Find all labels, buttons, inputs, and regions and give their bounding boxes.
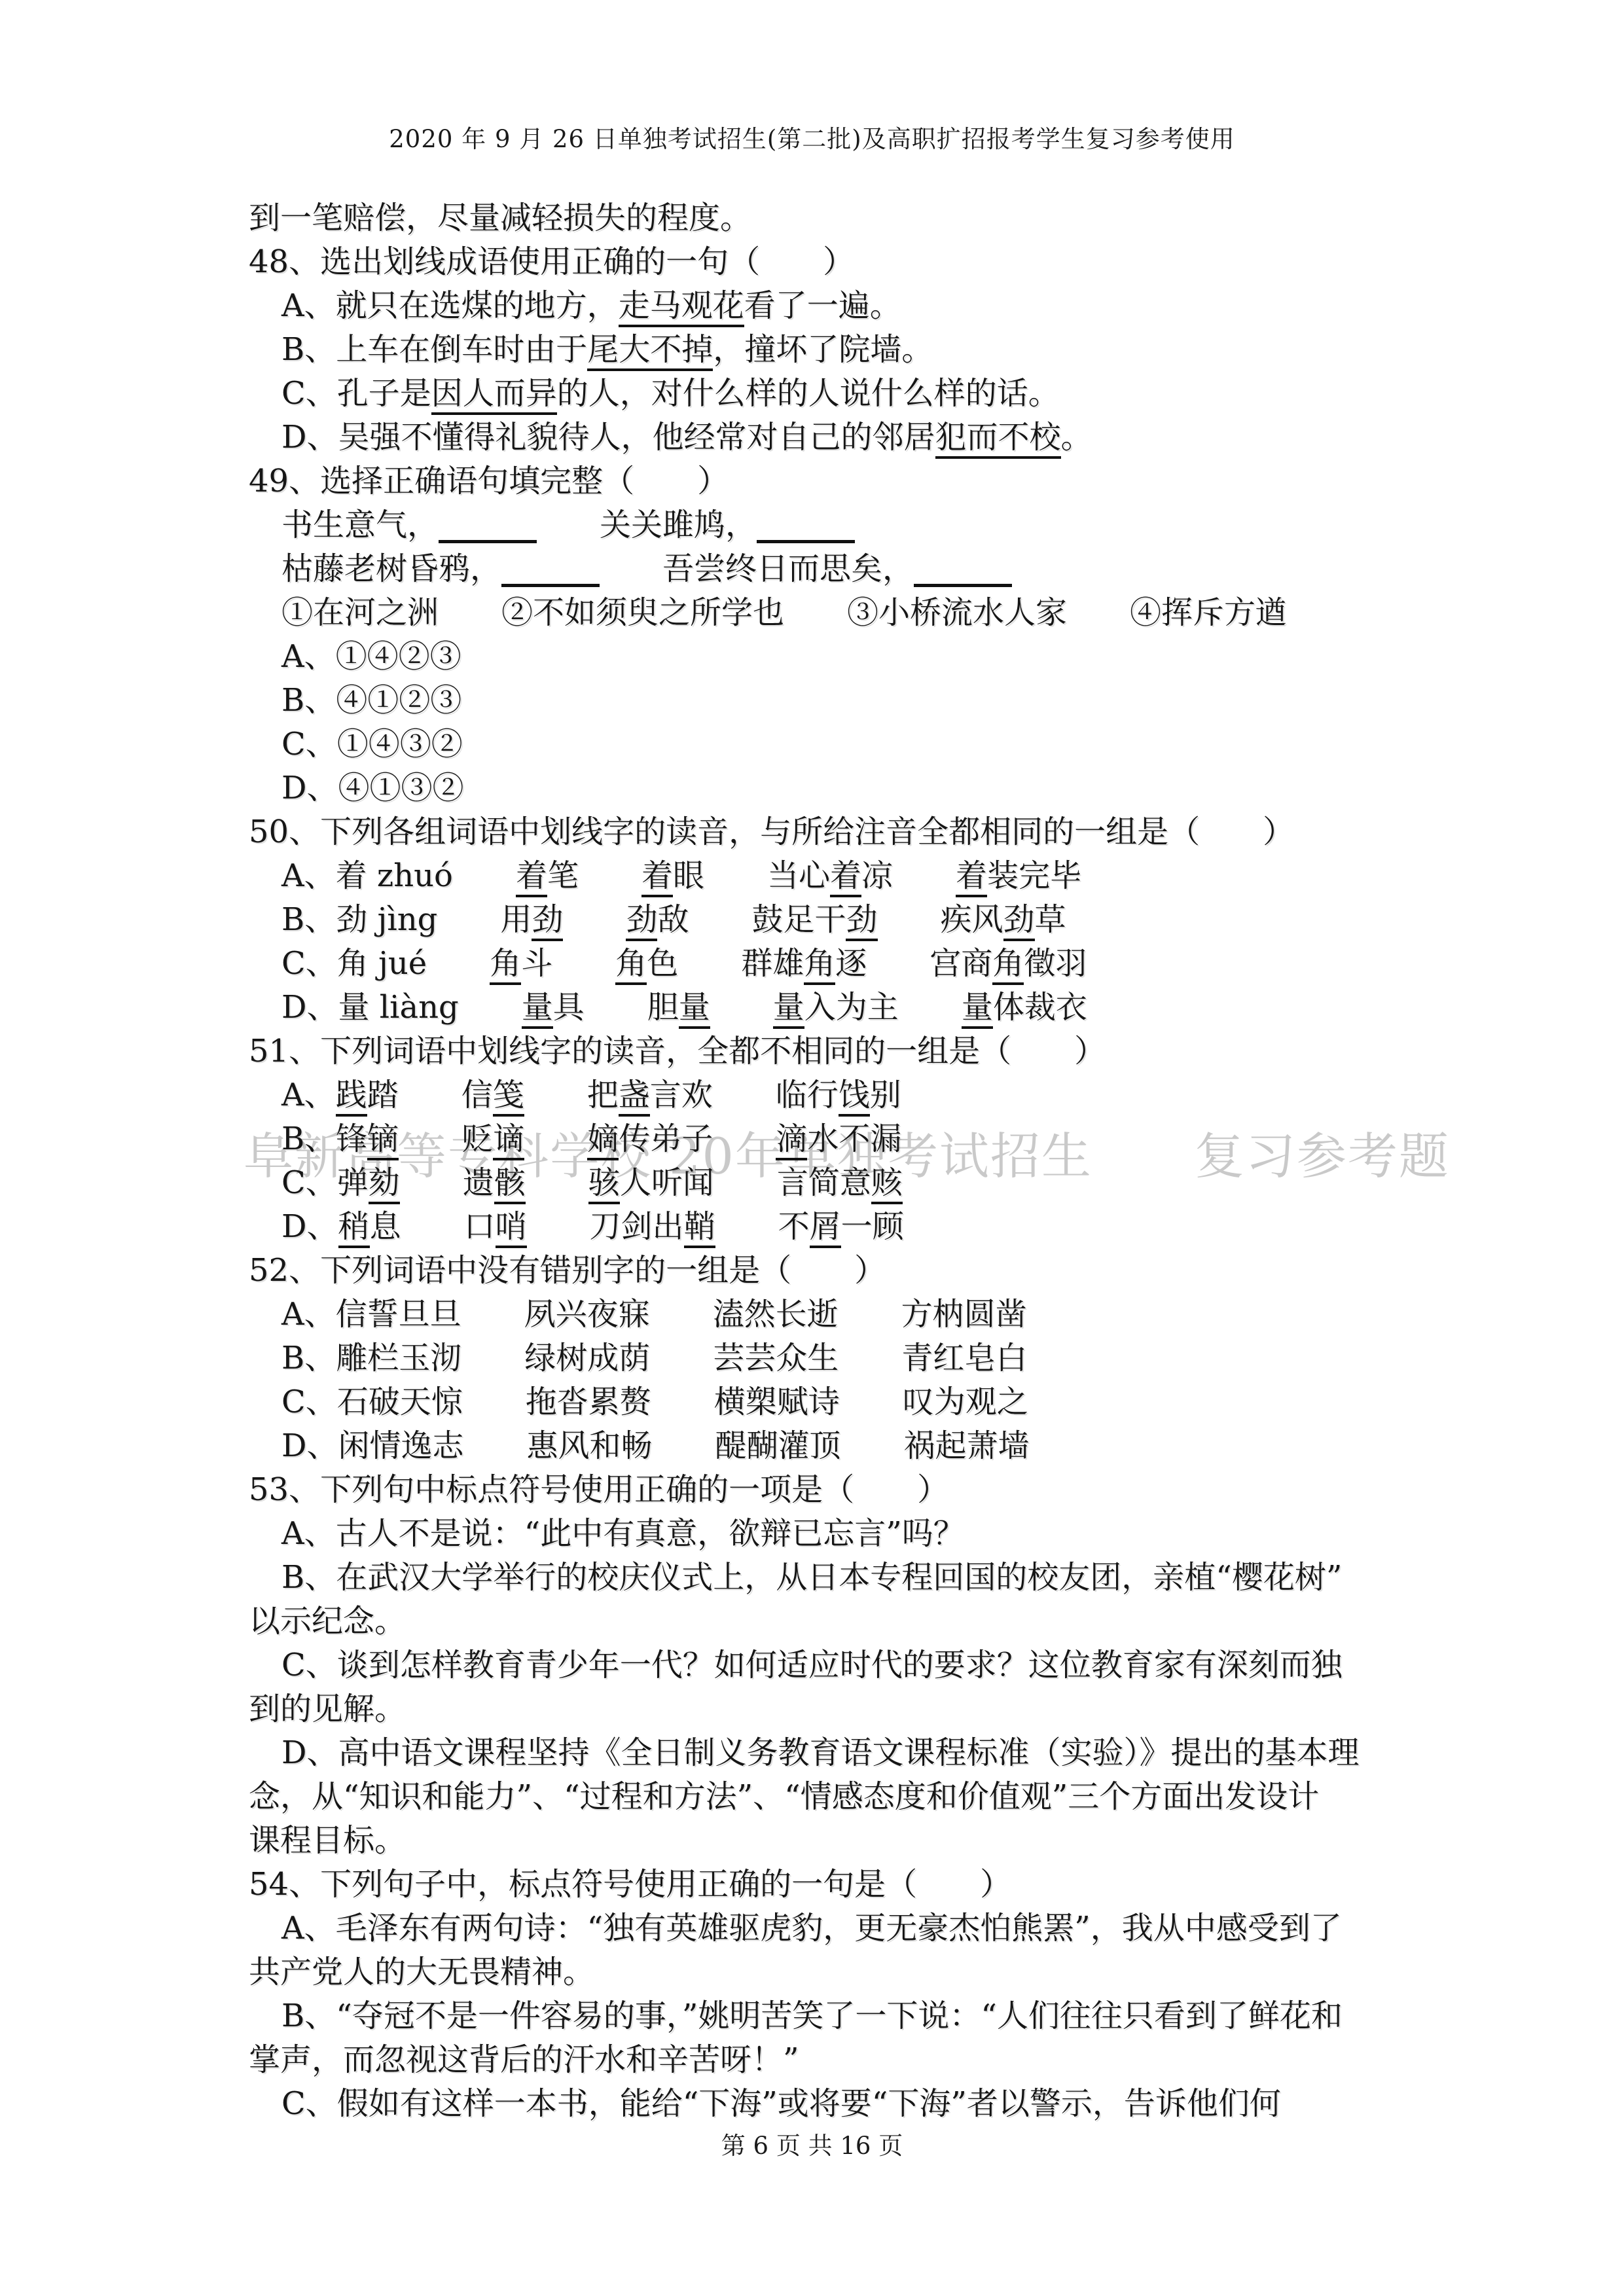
text-segment: 关关雎鸠， (600, 507, 757, 543)
text-segment: B、“夺冠不是一件容易的事，”姚明苦笑了一下说：“人们往往只看到了鲜花和 (281, 1998, 1343, 2034)
underlined-text: 因人而异 (431, 375, 557, 415)
text-segment (563, 901, 626, 938)
q54-option-b-line2: 掌声，而忽视这背后的汗水和辛苦呀！” (249, 2038, 1427, 2082)
text-segment: 息 口 (370, 1208, 496, 1245)
underlined-text: 着 (641, 857, 673, 897)
underlined-text: 饯 (839, 1077, 870, 1117)
text-segment: 一顾 (841, 1208, 904, 1245)
text-segment: 敌 鼓足干 (657, 901, 846, 938)
text-segment: D、④①③② (281, 770, 464, 806)
text-segment: A、毛泽东有两句诗：“独有英雄驱虎豹，更无豪杰怕熊罴”，我从中感受到了 (281, 1910, 1342, 1946)
text-segment: C、石破天惊 拖沓累赘 横槊赋诗 叹为观之 (281, 1384, 1028, 1420)
underlined-text: 鞘 (684, 1208, 715, 1248)
text-segment: 课程目标。 (249, 1822, 406, 1859)
q50-option-a: A、着 zhuó 着笔 着眼 当心着凉 着装完毕 (281, 854, 1427, 898)
q52-option-b: B、雕栏玉沏 绿树成荫 芸芸众生 青红皂白 (281, 1336, 1427, 1380)
text-segment: 54、下列句子中，标点符号使用正确的一句是（ ） (249, 1866, 1011, 1903)
q51-option-b: B、锋镝 贬谪 嫡传弟子 滴水不漏 (281, 1117, 1427, 1161)
q49-option-d: D、④①③② (281, 766, 1427, 810)
text-segment: 遗 (400, 1164, 494, 1201)
underlined-text: 角 (615, 945, 647, 985)
q53-option-c-line1: C、谈到怎样教育青少年一代？如何适应时代的要求？这位教育家有深刻而独 (281, 1643, 1427, 1687)
underlined-text: 骇 (588, 1164, 620, 1204)
answer-blank (757, 517, 855, 543)
text-segment: 掌声，而忽视这背后的汗水和辛苦呀！” (249, 2041, 799, 2078)
text-segment: 到一笔赔偿，尽量减轻损失的程度。 (249, 200, 751, 236)
q53-option-b-line1: B、在武汉大学举行的校庆仪式上，从日本专程回国的校友团，亲植“樱花树” (281, 1556, 1427, 1600)
text-segment: 念，从“知识和能力”、“过程和方法”、“情感态度和价值观”三个方面出发设计 (249, 1778, 1319, 1815)
q52-stem: 52、下列词语中没有错别字的一组是（ ） (249, 1249, 1427, 1293)
text-segment: 人听闻 言简意 (620, 1164, 871, 1201)
text-segment: 徵羽 (1024, 945, 1087, 982)
text-segment: 把 (524, 1077, 619, 1113)
page-header: 2020 年 9 月 26 日单独考试招生(第二批)及高职扩招报考学生复习参考使… (0, 119, 1624, 154)
underlined-text: 劲 (532, 901, 563, 941)
answer-blank (501, 561, 600, 587)
text-segment: 不 (715, 1208, 810, 1245)
text-segment: 装完毕 (987, 857, 1081, 894)
q53-stem: 53、下列句中标点符号使用正确的一项是（ ） (249, 1468, 1427, 1512)
underlined-text: 稍 (338, 1208, 370, 1248)
q52-option-d: D、闲情逸志 惠风和畅 醍醐灌顶 祸起萧墙 (281, 1424, 1427, 1468)
q48-option-a: A、就只在选煤的地方，走马观花看了一遍。 (281, 284, 1427, 328)
text-segment: 49、选择正确语句填完整（ ） (249, 463, 729, 499)
underlined-text: 盏 (619, 1077, 650, 1117)
text-segment: 52、下列词语中没有错别字的一组是（ ） (249, 1252, 886, 1289)
text-segment (524, 1121, 587, 1157)
underlined-text: 笺 (493, 1077, 524, 1117)
text-segment: 体裁衣 (993, 989, 1087, 1026)
underlined-text: 践 (336, 1077, 367, 1117)
underlined-text: 犯而不校 (935, 419, 1061, 459)
q54-option-a-line1: A、毛泽东有两句诗：“独有英雄驱虎豹，更无豪杰怕熊罴”，我从中感受到了 (281, 1907, 1427, 1950)
text-segment: 言欢 临行 (650, 1077, 839, 1113)
underlined-text: 劾 (369, 1164, 400, 1204)
text-segment: 吾尝终日而思矣， (662, 550, 914, 587)
q51-option-c: C、弹劾 遗骸 骇人听闻 言简意赅 (281, 1161, 1427, 1205)
q48-stem: 48、选出划线成语使用正确的一句（ ） (249, 240, 1427, 284)
text-segment: 踏 信 (367, 1077, 493, 1113)
q54-option-b-line1: B、“夺冠不是一件容易的事，”姚明苦笑了一下说：“人们往往只看到了鲜花和 (281, 1994, 1427, 2038)
q49-option-c: C、①④③② (281, 723, 1427, 766)
text-segment: B、④①②③ (281, 682, 461, 719)
text-segment: 的人，对什么样的人说什么样的话。 (557, 375, 1060, 412)
text-segment: 53、下列句中标点符号使用正确的一项是（ ） (249, 1471, 948, 1508)
document-body: 到一笔赔偿，尽量减轻损失的程度。48、选出划线成语使用正确的一句（ ）A、就只在… (249, 196, 1427, 2126)
q49-stem: 49、选择正确语句填完整（ ） (249, 459, 1427, 503)
text-segment: 以示纪念。 (249, 1603, 406, 1640)
text-segment: 枯藤老树昏鸦， (281, 550, 501, 587)
text-segment: 入为主 (804, 989, 962, 1026)
underlined-text: 劲 (626, 901, 657, 941)
text-segment: 书生意气， (281, 507, 439, 543)
text-segment: C、假如有这样一本书，能给“下海”或将要“下海”者以警示，告诉他们何 (281, 2085, 1281, 2122)
text-segment: 共产党人的大无畏精神。 (249, 1954, 594, 1990)
underlined-text: 镝 (367, 1121, 399, 1160)
q53-option-d-line1: D、高中语文课程坚持《全日制义务教育语文课程标准（实验）》提出的基本理 (281, 1731, 1427, 1775)
q52-option-c: C、石破天惊 拖沓累赘 横槊赋诗 叹为观之 (281, 1380, 1427, 1424)
text-segment: 传弟子 (619, 1121, 776, 1157)
q49-option-b: B、④①②③ (281, 679, 1427, 723)
text-segment (600, 550, 662, 587)
text-segment: 看了一遍。 (744, 287, 901, 324)
text-segment: 到的见解。 (249, 1691, 406, 1727)
text-segment: 凉 (861, 857, 956, 894)
text-segment: A、 (281, 1077, 336, 1113)
underlined-text: 劲 (1003, 901, 1035, 941)
underlined-text: 着 (516, 857, 547, 897)
text-segment (526, 1164, 588, 1201)
q50-stem: 50、下列各组词语中划线字的读音，与所给注音全都相同的一组是（ ） (249, 810, 1427, 854)
text-segment: 斗 (521, 945, 615, 982)
text-segment: D、吴强不懂得礼貌待人，他经常对自己的邻居 (281, 419, 935, 456)
text-segment: ①在河之洲 ②不如须臾之所学也 ③小桥流水人家 ④挥斥方遒 (281, 594, 1287, 631)
underlined-text: 量 (679, 989, 710, 1029)
answer-blank (439, 517, 537, 543)
text-segment: A、古人不是说：“此中有真意，欲辩已忘言”吗？ (281, 1515, 965, 1552)
text-segment: 别 (870, 1077, 901, 1113)
underlined-text: 屑 (810, 1208, 841, 1248)
q51-option-d: D、稍息 口哨 刀剑出鞘 不屑一顾 (281, 1205, 1427, 1249)
carryover-paragraph: 到一笔赔偿，尽量减轻损失的程度。 (249, 196, 1427, 240)
underlined-text: 量 (962, 989, 993, 1029)
text-segment: C、弹 (281, 1164, 369, 1201)
q51-stem: 51、下列词语中划线字的读音，全都不相同的一组是（ ） (249, 1030, 1427, 1073)
q50-option-b: B、劲 jìng 用劲 劲敌 鼓足干劲 疾风劲草 (281, 898, 1427, 942)
q48-option-b: B、上车在倒车时由于尾大不掉，撞坏了院墙。 (281, 328, 1427, 372)
q50-option-d: D、量 liàng 量具 胆量 量入为主 量体裁衣 (281, 986, 1427, 1030)
text-segment: 逐 宫商 (835, 945, 992, 982)
q54-option-a-line2: 共产党人的大无畏精神。 (249, 1950, 1427, 1994)
underlined-text: 量 (773, 989, 804, 1029)
text-segment: 贬 (399, 1121, 493, 1157)
answer-blank (914, 561, 1012, 587)
text-segment: D、高中语文课程坚持《全日制义务教育语文课程标准（实验）》提出的基本理 (281, 1734, 1360, 1771)
text-segment: 具 胆 (553, 989, 679, 1026)
text-segment: 48、选出划线成语使用正确的一句（ ） (249, 243, 854, 280)
q53-option-d-line3: 课程目标。 (249, 1819, 1427, 1863)
text-segment: 刀剑出 (527, 1208, 684, 1245)
text-segment: A、信誓旦旦 夙兴夜寐 溘然长逝 方枘圆凿 (281, 1296, 1027, 1333)
text-segment: A、就只在选煤的地方， (281, 287, 619, 324)
underlined-text: 尾大不掉 (587, 331, 713, 371)
text-segment: B、在武汉大学举行的校庆仪式上，从日本专程回国的校友团，亲植“樱花树” (281, 1559, 1342, 1596)
text-segment: C、角 jué (281, 945, 490, 982)
text-segment: C、①④③② (281, 726, 463, 762)
text-segment: 草 (1035, 901, 1066, 938)
text-segment: 。 (1061, 419, 1092, 456)
underlined-text: 角 (804, 945, 835, 985)
underlined-text: 着 (830, 857, 861, 897)
text-segment: B、雕栏玉沏 绿树成荫 芸芸众生 青红皂白 (281, 1340, 1027, 1376)
text-segment: C、孔子是 (281, 375, 431, 412)
exam-document-page: 2020 年 9 月 26 日单独考试招生(第二批)及高职扩招报考学生复习参考使… (0, 0, 1624, 2296)
underlined-text: 嫡 (587, 1121, 619, 1160)
text-segment: D、闲情逸志 惠风和畅 醍醐灌顶 祸起萧墙 (281, 1427, 1030, 1464)
underlined-text: 劲 (846, 901, 877, 941)
q53-option-c-line2: 到的见解。 (249, 1687, 1427, 1731)
text-segment: ，撞坏了院墙。 (713, 331, 933, 368)
q48-option-d: D、吴强不懂得礼貌待人，他经常对自己的邻居犯而不校。 (281, 416, 1427, 459)
text-segment: 水不漏 (807, 1121, 901, 1157)
text-segment: 51、下列词语中划线字的读音，全都不相同的一组是（ ） (249, 1033, 1106, 1069)
q54-option-c-line1: C、假如有这样一本书，能给“下海”或将要“下海”者以警示，告诉他们何 (281, 2082, 1427, 2126)
q50-option-c: C、角 jué 角斗 角色 群雄角逐 宫商角徵羽 (281, 942, 1427, 986)
q54-stem: 54、下列句子中，标点符号使用正确的一句是（ ） (249, 1863, 1427, 1907)
text-segment: A、着 zhuó (281, 857, 516, 894)
q52-option-a: A、信誓旦旦 夙兴夜寐 溘然长逝 方枘圆凿 (281, 1293, 1427, 1336)
underlined-text: 赅 (871, 1164, 903, 1204)
underlined-text: 量 (522, 989, 553, 1029)
text-segment: 笔 (547, 857, 641, 894)
q49-cloze-line1: 书生意气， 关关雎鸠， (281, 503, 1427, 547)
text-segment: 眼 当心 (673, 857, 830, 894)
q51-option-a: A、践踏 信笺 把盏言欢 临行饯别 (281, 1073, 1427, 1117)
q53-option-b-line2: 以示纪念。 (249, 1600, 1427, 1643)
text-segment: D、量 liàng (281, 989, 522, 1026)
page-number-footer: 第 6 页 共 16 页 (0, 2126, 1624, 2161)
text-segment: A、①④②③ (281, 638, 461, 675)
text-segment: 疾风 (878, 901, 1003, 938)
text-segment: B、劲 jìng 用 (281, 901, 532, 938)
underlined-text: 角 (490, 945, 521, 985)
text-segment: B、锋 (281, 1121, 367, 1157)
underlined-text: 走马观花 (619, 287, 744, 327)
q49-option-a: A、①④②③ (281, 635, 1427, 679)
text-segment: 色 群雄 (647, 945, 804, 982)
underlined-text: 谪 (493, 1121, 524, 1160)
text-segment: C、谈到怎样教育青少年一代？如何适应时代的要求？这位教育家有深刻而独 (281, 1647, 1343, 1683)
underlined-text: 滴 (776, 1121, 807, 1160)
text-segment (537, 507, 600, 543)
q49-cloze-line2: 枯藤老树昏鸦， 吾尝终日而思矣， (281, 547, 1427, 591)
text-segment: 50、下列各组词语中划线字的读音，与所给注音全都相同的一组是（ ） (249, 814, 1294, 850)
text-segment (710, 989, 773, 1026)
q49-choices: ①在河之洲 ②不如须臾之所学也 ③小桥流水人家 ④挥斥方遒 (281, 591, 1427, 635)
underlined-text: 角 (992, 945, 1024, 985)
underlined-text: 哨 (496, 1208, 527, 1248)
q48-option-c: C、孔子是因人而异的人，对什么样的人说什么样的话。 (281, 372, 1427, 416)
q53-option-a: A、古人不是说：“此中有真意，欲辩已忘言”吗？ (281, 1512, 1427, 1556)
text-segment: B、上车在倒车时由于 (281, 331, 587, 368)
q53-option-d-line2: 念，从“知识和能力”、“过程和方法”、“情感态度和价值观”三个方面出发设计 (249, 1775, 1427, 1819)
underlined-text: 着 (956, 857, 987, 897)
underlined-text: 骸 (494, 1164, 526, 1204)
text-segment: D、 (281, 1208, 338, 1245)
